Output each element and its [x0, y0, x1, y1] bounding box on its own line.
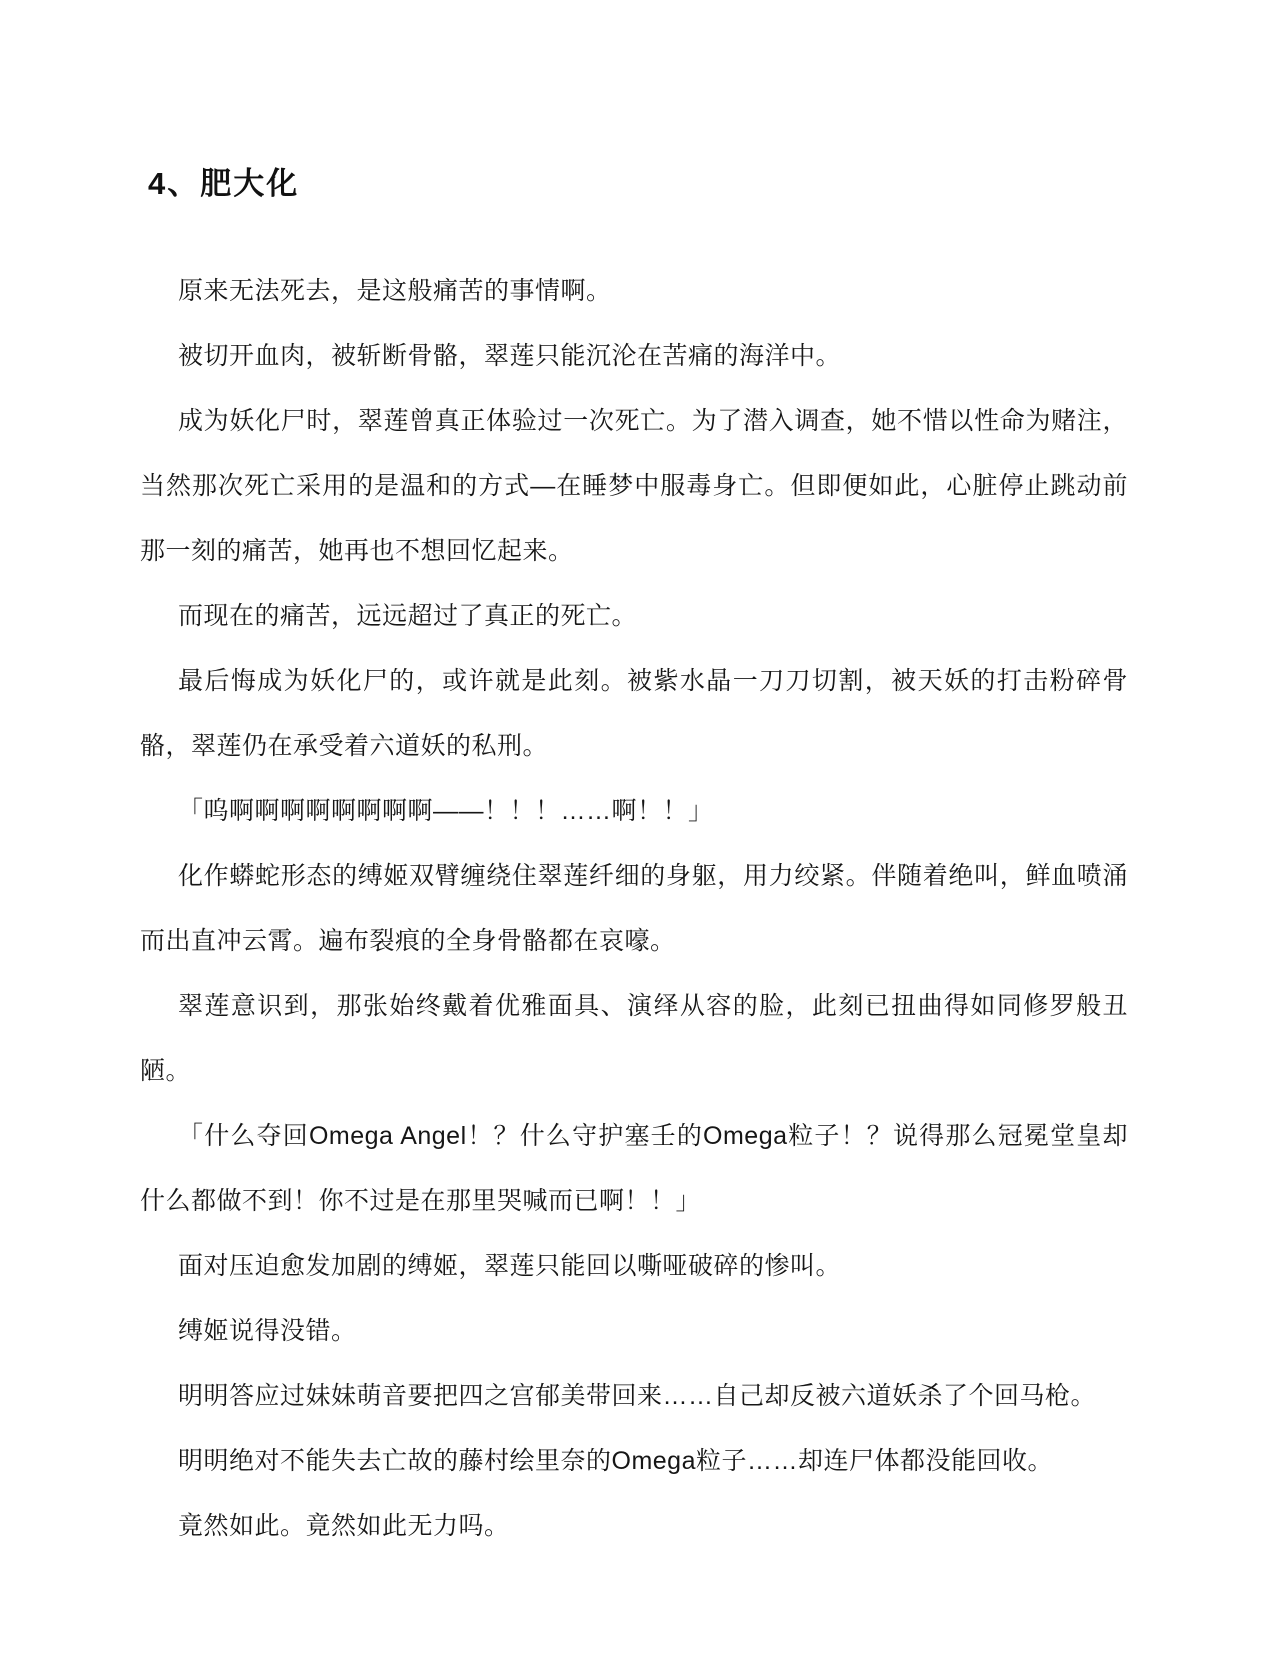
paragraph: 成为妖化尸时，翠莲曾真正体验过一次死亡。为了潜入调查，她不惜以性命为赌注，当然那… [140, 389, 1128, 584]
paragraph: 原来无法死去，是这般痛苦的事情啊。 [140, 259, 1128, 324]
paragraph: 明明绝对不能失去亡故的藤村绘里奈的Omega粒子……却连尸体都没能回收。 [140, 1429, 1128, 1494]
paragraph: 化作蟒蛇形态的缚姬双臂缠绕住翠莲纤细的身躯，用力绞紧。伴随着绝叫，鲜血喷涌而出直… [140, 844, 1128, 974]
paragraph: 面对压迫愈发加剧的缚姬，翠莲只能回以嘶哑破碎的惨叫。 [140, 1234, 1128, 1299]
paragraph: 「呜啊啊啊啊啊啊啊啊——！！！……啊！！」 [140, 779, 1128, 844]
document-page: 4、肥大化 原来无法死去，是这般痛苦的事情啊。被切开血肉，被斩断骨骼，翠莲只能沉… [0, 0, 1280, 1656]
chapter-body: 原来无法死去，是这般痛苦的事情啊。被切开血肉，被斩断骨骼，翠莲只能沉沦在苦痛的海… [140, 259, 1128, 1559]
paragraph: 而现在的痛苦，远远超过了真正的死亡。 [140, 584, 1128, 649]
paragraph: 被切开血肉，被斩断骨骼，翠莲只能沉沦在苦痛的海洋中。 [140, 324, 1128, 389]
paragraph: 「什么夺回Omega Angel！？什么守护塞壬的Omega粒子！？说得那么冠冕… [140, 1104, 1128, 1234]
paragraph: 明明答应过妹妹萌音要把四之宫郁美带回来……自己却反被六道妖杀了个回马枪。 [140, 1364, 1128, 1429]
paragraph: 翠莲意识到，那张始终戴着优雅面具、演绎从容的脸，此刻已扭曲得如同修罗般丑陋。 [140, 974, 1128, 1104]
paragraph: 竟然如此。竟然如此无力吗。 [140, 1494, 1128, 1559]
paragraph: 缚姬说得没错。 [140, 1299, 1128, 1364]
paragraph: 最后悔成为妖化尸的，或许就是此刻。被紫水晶一刀刀切割，被天妖的打击粉碎骨骼，翠莲… [140, 649, 1128, 779]
chapter-title: 4、肥大化 [148, 166, 1128, 202]
